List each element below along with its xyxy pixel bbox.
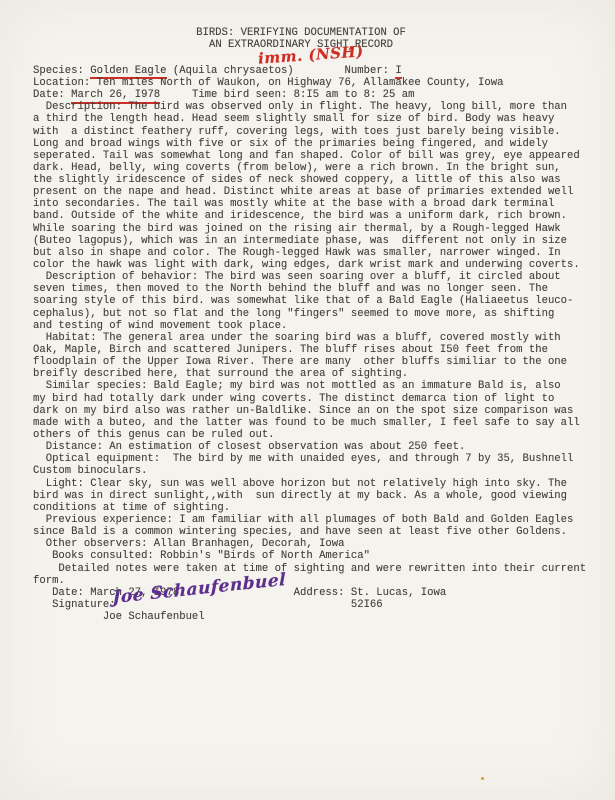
- time-seen-text: Time bird seen: 8:I5 am to 8: 25 am: [160, 89, 414, 101]
- document-text-line: others of this genus can be ruled out.: [33, 429, 593, 441]
- document-title-line-1: BIRDS: VERIFYING DOCUMENTATION OF: [196, 27, 406, 39]
- document-text-line: Other observers: Allan Branhagen, Decora…: [33, 538, 593, 550]
- document-body-lines: Description: The bird was observed only …: [33, 101, 593, 623]
- document-text-line: made with a buteo, and the latter was fo…: [33, 417, 593, 429]
- document-text-line: Oak, Maple, Birch and scattered Junipers…: [33, 344, 593, 356]
- document-text-line: Custom binoculars.: [33, 465, 593, 477]
- document-text-line: (Buteo lagopus), which was in an interme…: [33, 235, 593, 247]
- document-page: BIRDS: VERIFYING DOCUMENTATION OF AN EXT…: [0, 0, 615, 800]
- document-text-line: Books consulted: Robbin's "Birds of Nort…: [33, 550, 593, 562]
- location-line: Location: Ten miles North of Waukon, on …: [33, 77, 593, 89]
- document-text-line: dark on my bird also was rather un-Baldl…: [33, 405, 593, 417]
- document-text-line: While soaring the bird was joined on the…: [33, 223, 593, 235]
- document-text-line: present on the nape and head. Distinct w…: [33, 186, 593, 198]
- paper-speck: [481, 777, 484, 780]
- document-text-line: Optical equipment: The bird by me with u…: [33, 453, 593, 465]
- document-text-line: Joe Schaufenbuel: [33, 611, 593, 623]
- number-label: Number:: [345, 65, 396, 77]
- record-fields: Species: Golden Eagle (Aquila chrysaetos…: [33, 65, 593, 101]
- species-label: Species:: [33, 65, 90, 77]
- document-text-line: with a distinct feathery ruff, covering …: [33, 126, 593, 138]
- species-scientific-name: (Aquila chrysaetos): [167, 65, 294, 77]
- document-text-line: my bird had totally dark under wing cove…: [33, 393, 593, 405]
- date-line: Date: March 26, I978 Time bird seen: 8:I…: [33, 89, 593, 101]
- date-label: Date:: [33, 89, 71, 101]
- typewritten-document: BIRDS: VERIFYING DOCUMENTATION OF AN EXT…: [33, 27, 593, 623]
- document-text-line: a third the length head. Head seem sligh…: [33, 113, 593, 125]
- document-text-line: seven times, then moved to the North beh…: [33, 283, 593, 295]
- document-text-line: Long and broad wings with five or six of…: [33, 138, 593, 150]
- document-text-line: Distance: An estimation of closest obser…: [33, 441, 593, 453]
- document-text-line: soaring style of this bird. was somewhat…: [33, 295, 593, 307]
- document-text-line: bird was in direct sunlight,,with sun di…: [33, 490, 593, 502]
- species-number-gap: [294, 65, 345, 77]
- document-text-line: floodplain of the Upper Iowa River. Ther…: [33, 356, 593, 368]
- document-text-line: Similar species: Bald Eagle; my bird was…: [33, 380, 593, 392]
- document-text-line: into secondaries. The tail was mostly wh…: [33, 198, 593, 210]
- species-line: Species: Golden Eagle (Aquila chrysaetos…: [33, 65, 593, 77]
- document-text-line: Detailed notes were taken at time of sig…: [33, 563, 593, 575]
- document-text-line: seperated. Tail was somewhat long and fa…: [33, 150, 593, 162]
- document-text-line: Light: Clear sky, sun was well above hor…: [33, 478, 593, 490]
- document-text-line: Habitat: The general area under the soar…: [33, 332, 593, 344]
- document-text-line: band. Outside of the white and iridescen…: [33, 210, 593, 222]
- document-text-line: Previous experience: I am familiar with …: [33, 514, 593, 526]
- document-text-line: color the hawk was light with dark, wing…: [33, 259, 593, 271]
- document-text-line: but also in shape and color. The Rough-l…: [33, 247, 593, 259]
- document-text-line: form.: [33, 575, 593, 587]
- document-text-line: breifly described here, that surround th…: [33, 368, 593, 380]
- document-text-line: Description: The bird was observed only …: [33, 101, 593, 113]
- document-text-line: and testing of wind movement took place.: [33, 320, 593, 332]
- document-text-line: the slightly iridescence of sides of nec…: [33, 174, 593, 186]
- document-text-line: Description of behavior: The bird was se…: [33, 271, 593, 283]
- document-text-line: cephalus), but not so flat and the long …: [33, 308, 593, 320]
- document-text-line: dark. Head, belly, wing coverts (from be…: [33, 162, 593, 174]
- document-text-line: since Bald is a common wintering species…: [33, 526, 593, 538]
- document-text-line: conditions at time of sighting.: [33, 502, 593, 514]
